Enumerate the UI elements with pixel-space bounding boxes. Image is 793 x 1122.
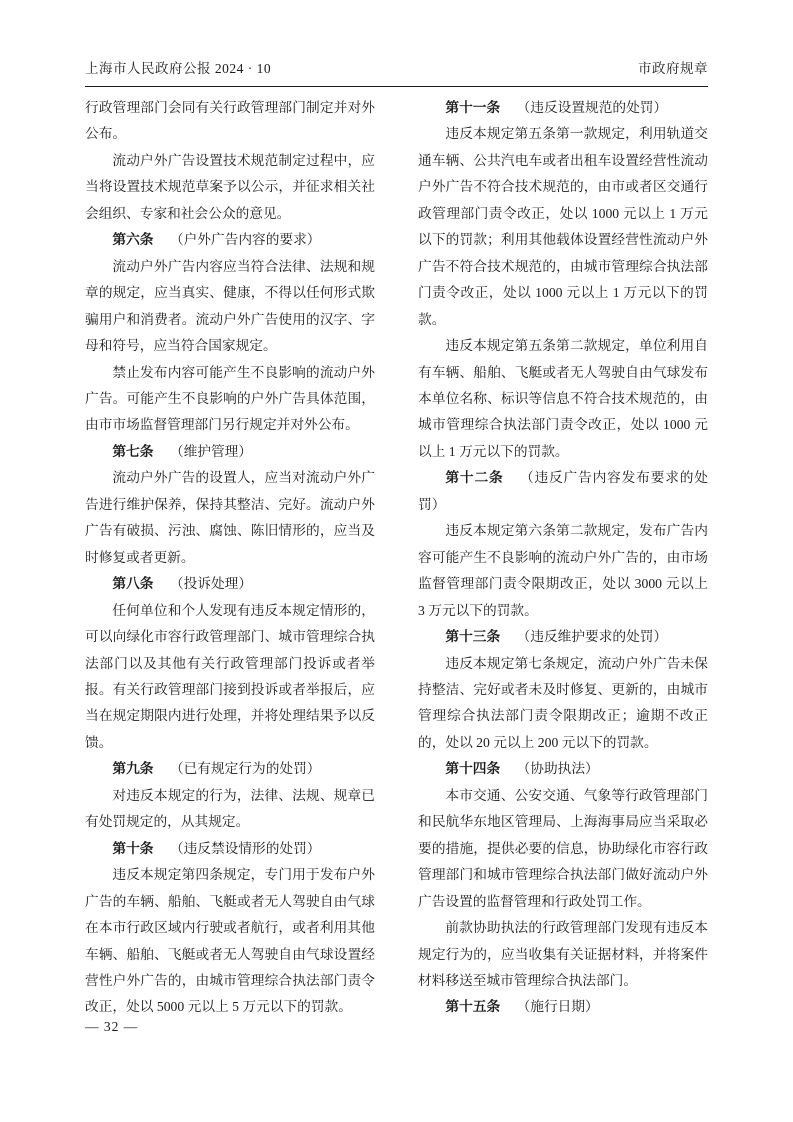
article-number: 第十一条 [445,100,500,115]
article-heading: 第九条（已有规定行为的处罚） [85,756,375,782]
article-title: （施行日期） [517,999,599,1014]
paragraph: 前款协助执法的行政管理部门发现有违反本规定行为的，应当收集有关证据材料，并将案件… [418,915,708,994]
article-heading: 第七条（维护管理） [85,439,375,465]
page-number: — 32 — [85,1019,138,1034]
article-heading: 第十一条（违反设置规范的处罚） [418,95,708,121]
paragraph: 任何单位和个人发现有违反本规定情形的，可以向绿化市容行政管理部门、城市管理综合执… [85,598,375,757]
paragraph: 流动户外广告内容应当符合法律、法规和规章的规定，应当真实、健康，不得以任何形式欺… [85,254,375,360]
article-title: （已有规定行为的处罚） [170,761,321,776]
article-heading: 第十二条（违反广告内容发布要求的处罚） [418,465,708,518]
article-number: 第八条 [112,576,153,591]
article-heading: 第十四条（协助执法） [418,756,708,782]
article-title: （户外广告内容的要求） [170,232,321,247]
article-title: （违反设置规范的处罚） [517,100,668,115]
article-number: 第六条 [112,232,153,247]
document-body: 行政管理部门会同有关行政管理部门制定并对外公布。流动户外广告设置技术规范制定过程… [85,95,708,1021]
article-number: 第七条 [112,444,153,459]
paragraph: 违反本规定第四条规定，专门用于发布户外广告的车辆、船舶、飞艇或者无人驾驶自由气球… [85,862,375,1021]
paragraph: 行政管理部门会同有关行政管理部门制定并对外公布。 [85,95,375,148]
section-label: 市政府规章 [638,57,708,77]
article-heading: 第十三条（违反维护要求的处罚） [418,624,708,650]
page-header: 上海市人民政府公报 2024 · 10 市政府规章 [85,57,708,77]
article-title: （协助执法） [517,761,599,776]
page-footer: — 32 — [85,1019,138,1035]
header-rule [85,86,708,87]
article-number: 第十四条 [445,761,500,776]
article-number: 第十二条 [445,470,503,485]
article-heading: 第八条（投诉处理） [85,571,375,597]
paragraph: 对违反本规定的行为，法律、法规、规章已有处罚规定的，从其规定。 [85,783,375,836]
article-title: （违反维护要求的处罚） [517,629,668,644]
gazette-title: 上海市人民政府公报 2024 · 10 [85,57,271,77]
gazette-page: 上海市人民政府公报 2024 · 10 市政府规章 行政管理部门会同有关行政管理… [0,0,793,1122]
article-heading: 第十五条（施行日期） [418,994,708,1020]
article-title: （维护管理） [170,444,252,459]
article-title: （投诉处理） [170,576,252,591]
article-number: 第十条 [112,841,153,856]
paragraph: 违反本规定第五条第二款规定，单位利用自有车辆、船舶、飞艇或者无人驾驶自由气球发布… [418,333,708,465]
paragraph: 流动户外广告的设置人，应当对流动户外广告进行维护保养，保持其整洁、完好。流动户外… [85,465,375,571]
article-number: 第九条 [112,761,153,776]
paragraph: 违反本规定第七条规定，流动户外广告未保持整洁、完好或者未及时修复、更新的，由城市… [418,651,708,757]
paragraph: 违反本规定第五条第一款规定，利用轨道交通车辆、公共汽电车或者出租车设置经营性流动… [418,121,708,333]
paragraph: 流动户外广告设置技术规范制定过程中，应当将设置技术规范草案予以公示，并征求相关社… [85,148,375,227]
article-heading: 第六条（户外广告内容的要求） [85,227,375,253]
article-number: 第十五条 [445,999,500,1014]
left-column: 行政管理部门会同有关行政管理部门制定并对外公布。流动户外广告设置技术规范制定过程… [85,95,375,1021]
article-heading: 第十条（违反禁设情形的处罚） [85,836,375,862]
paragraph: 本市交通、公安交通、气象等行政管理部门和民航华东地区管理局、上海海事局应当采取必… [418,783,708,915]
paragraph: 禁止发布内容可能产生不良影响的流动户外广告。可能产生不良影响的户外广告具体范围，… [85,360,375,439]
article-title: （违反禁设情形的处罚） [170,841,321,856]
right-column: 第十一条（违反设置规范的处罚）违反本规定第五条第一款规定，利用轨道交通车辆、公共… [418,95,708,1021]
article-number: 第十三条 [445,629,500,644]
paragraph: 违反本规定第六条第二款规定，发布广告内容可能产生不良影响的流动户外广告的，由市场… [418,518,708,624]
